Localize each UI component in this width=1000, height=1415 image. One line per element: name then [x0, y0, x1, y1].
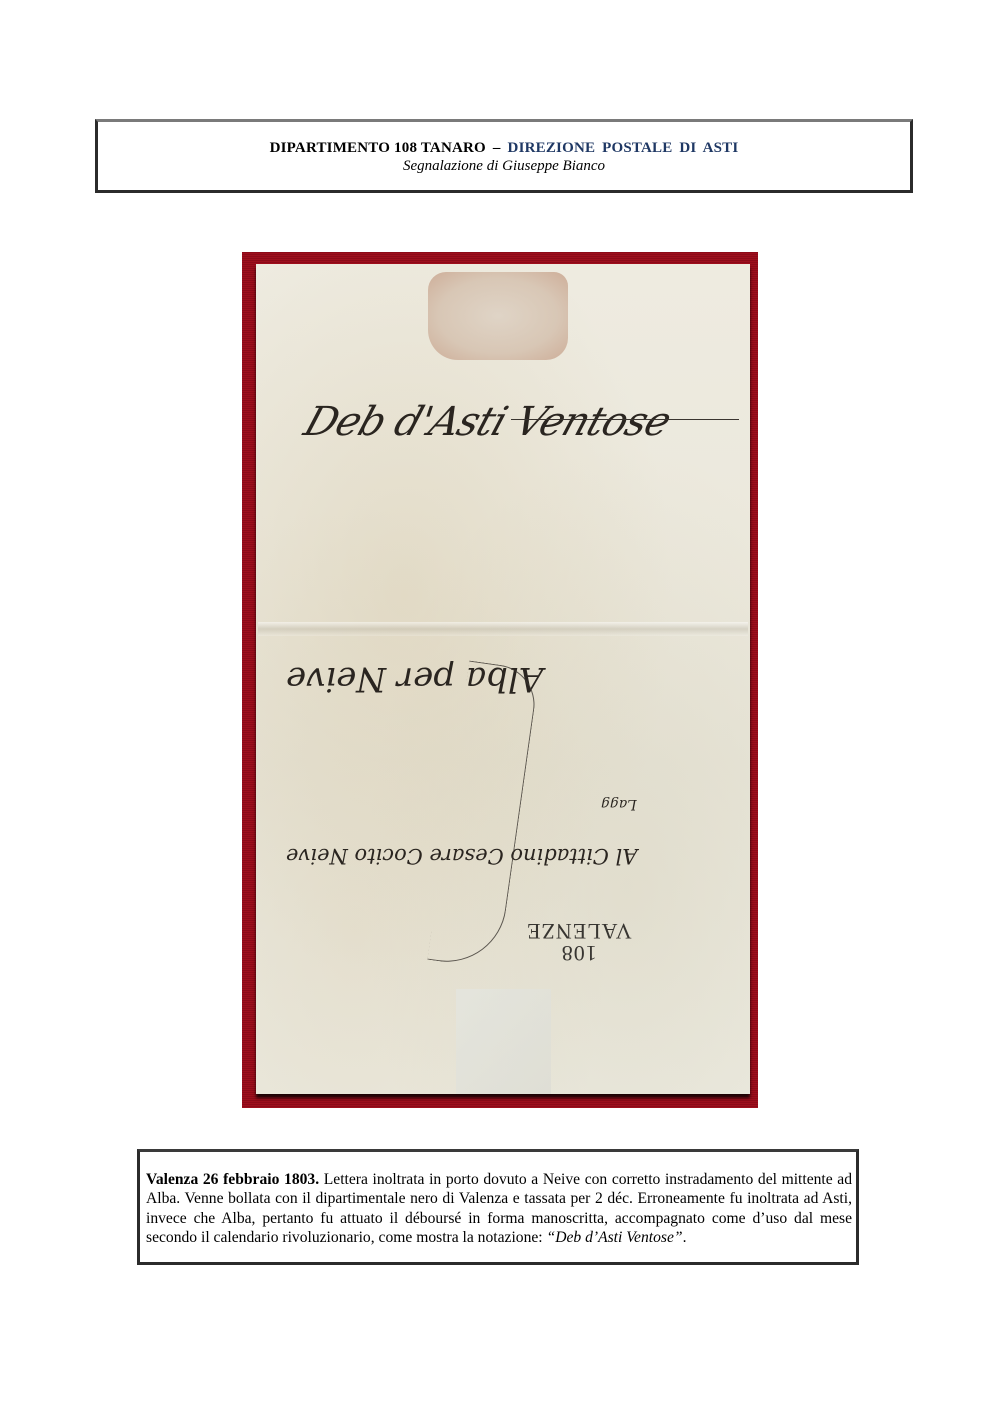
letter-photo: Deb d'Asti Ventose Alba per Neive Lagg A… [242, 252, 758, 1108]
title-postal-direction: DIREZIONE POSTALE DI ASTI [508, 140, 739, 156]
title-dash: – [493, 140, 501, 156]
paper-flap [456, 989, 551, 1094]
page-subtitle: Segnalazione di Giuseppe Bianco [98, 157, 910, 175]
caption-quote: “Deb d’Asti Ventose” [547, 1229, 683, 1246]
caption-end: . [683, 1229, 687, 1246]
wax-seal-remnant [428, 272, 568, 360]
header-box: DIPARTIMENTO 108 TANARO – DIREZIONE POST… [95, 119, 913, 193]
handwritten-note: Lagg [601, 796, 637, 812]
page-title: DIPARTIMENTO 108 TANARO – DIREZIONE POST… [98, 139, 910, 157]
caption-box: Valenza 26 febbraio 1803. Lettera inoltr… [137, 1149, 859, 1265]
postmark-town: VALENZE [526, 920, 632, 942]
caption-text: Valenza 26 febbraio 1803. Lettera inoltr… [146, 1170, 852, 1247]
postmark-number: 108 [526, 942, 632, 964]
handwritten-debourse: Deb d'Asti Ventose [299, 399, 677, 445]
letter-paper: Deb d'Asti Ventose Alba per Neive Lagg A… [256, 264, 750, 1094]
tax-mark-2-dec [427, 661, 539, 970]
fold-crease [258, 622, 748, 636]
title-department: DIPARTIMENTO 108 TANARO [270, 140, 486, 156]
debourse-underline [511, 419, 739, 420]
caption-lead: Valenza 26 febbraio 1803. [146, 1171, 319, 1188]
postmark-valenze: 108 VALENZE [526, 920, 632, 964]
